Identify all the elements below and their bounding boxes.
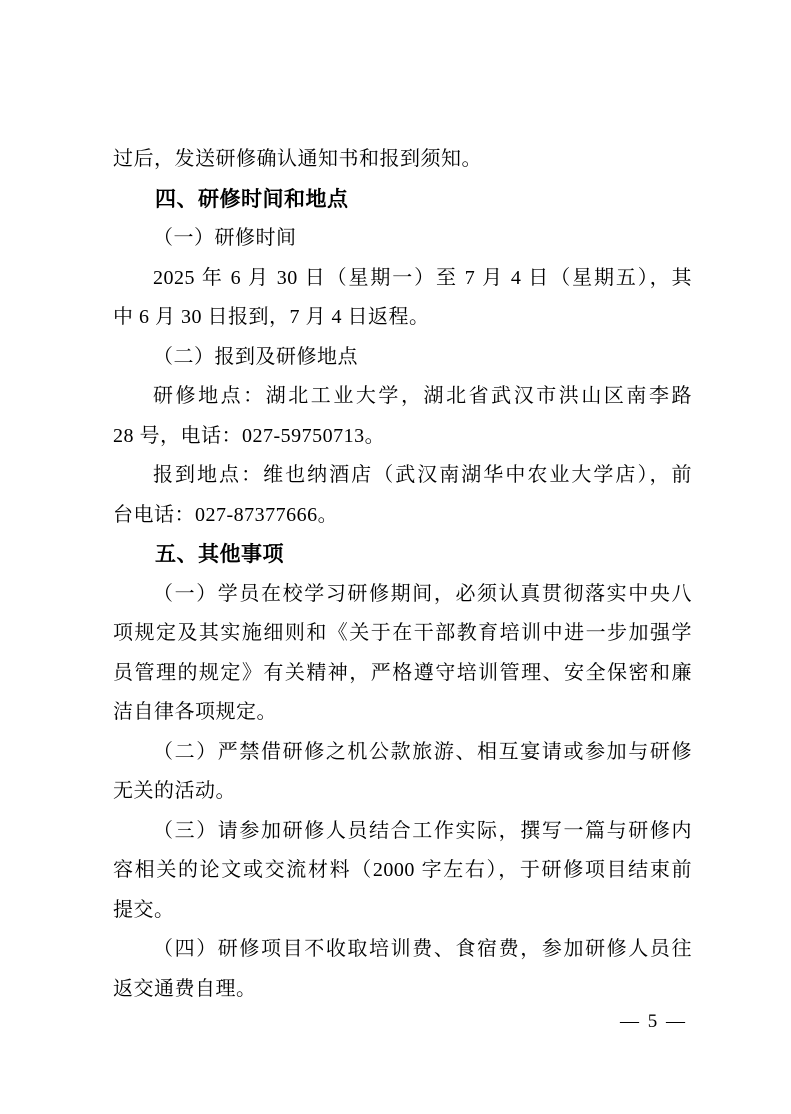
paragraph-line: 研修地点：湖北工业大学，湖北省武汉市洪山区南李路 (113, 377, 692, 417)
paragraph-line: 2025 年 6 月 30 日（星期一）至 7 月 4 日（星期五），其 (113, 259, 692, 299)
paragraph-line: 中 6 月 30 日报到，7 月 4 日返程。 (113, 298, 692, 338)
subsection-heading: （二）报到及研修地点 (113, 338, 692, 378)
section-heading-five: 五、其他事项 (113, 535, 692, 575)
paragraph-line: 28 号，电话：027-59750713。 (113, 417, 692, 457)
paragraph-line: （二）严禁借研修之机公款旅游、相互宴请或参加与研修 (113, 733, 692, 773)
subsection-heading: （一）研修时间 (113, 219, 692, 259)
paragraph-line: 返交通费自理。 (113, 970, 692, 1010)
paragraph-line: 提交。 (113, 891, 692, 931)
paragraph-line: 容相关的论文或交流材料（2000 字左右），于研修项目结束前 (113, 851, 692, 891)
paragraph-line: 项规定及其实施细则和《关于在干部教育培训中进一步加强学 (113, 614, 692, 654)
paragraph-line: 无关的活动。 (113, 772, 692, 812)
paragraph-line: （三）请参加研修人员结合工作实际，撰写一篇与研修内 (113, 812, 692, 852)
section-heading-four: 四、研修时间和地点 (113, 180, 692, 220)
paragraph-line: （四）研修项目不收取培训费、食宿费，参加研修人员往 (113, 930, 692, 970)
paragraph-line: 洁自律各项规定。 (113, 693, 692, 733)
paragraph-line: 报到地点：维也纳酒店（武汉南湖华中农业大学店），前 (113, 456, 692, 496)
document-page: 过后，发送研修确认通知书和报到须知。 四、研修时间和地点 （一）研修时间 202… (0, 0, 791, 1114)
paragraph-line: 台电话：027-87377666。 (113, 496, 692, 536)
paragraph-line: 员管理的规定》有关精神，严格遵守培训管理、安全保密和廉 (113, 654, 692, 694)
document-body: 过后，发送研修确认通知书和报到须知。 四、研修时间和地点 （一）研修时间 202… (113, 140, 692, 1009)
paragraph-line: 过后，发送研修确认通知书和报到须知。 (113, 140, 692, 180)
paragraph-line: （一）学员在校学习研修期间，必须认真贯彻落实中央八 (113, 575, 692, 615)
page-number: — 5 — (620, 1006, 687, 1038)
